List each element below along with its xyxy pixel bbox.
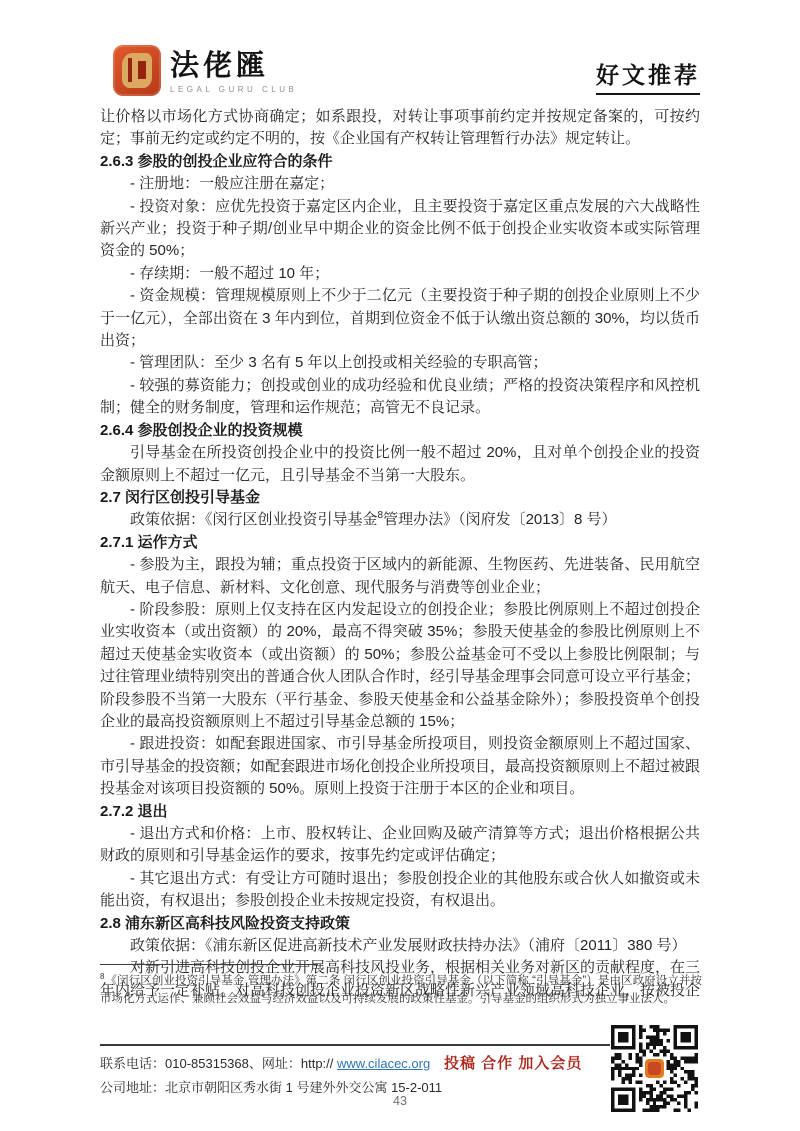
- paragraph: - 注册地：一般应注册在嘉定；: [100, 173, 700, 195]
- paragraph: 引导基金在所投资创投企业中的投资比例一般不超过 20%，且对单个创投企业的投资金…: [100, 442, 700, 487]
- section-heading: 2.6.4 参股创投企业的投资规模: [100, 420, 700, 442]
- document-page: 法佬匯 LEGAL GURU CLUB 好文推荐 让价格以市场化方式协商确定；如…: [0, 0, 800, 1131]
- brand-name-chinese: 法佬匯: [170, 49, 297, 82]
- brand-text-block: 法佬匯 LEGAL GURU CLUB: [170, 45, 297, 94]
- page-header: 法佬匯 LEGAL GURU CLUB 好文推荐: [100, 45, 700, 101]
- paragraph: - 资金规模：管理规模原则上不少于二亿元（主要投资于种子期的创投企业原则上不少于…: [100, 285, 700, 352]
- section-heading: 2.8 浦东新区高科技风险投资支持政策: [100, 913, 700, 935]
- paragraph: - 管理团队：至少 3 名有 5 年以上创投或相关经验的专职高管；: [100, 352, 700, 374]
- section-tag: 好文推荐: [596, 57, 700, 95]
- paragraph: 政策依据：《浦东新区促进高新技术产业发展财政扶持办法》（浦府〔2011〕380 …: [100, 935, 700, 957]
- footer-contact: 联系电话：010-85315368、网址：http:// www.cilacec…: [100, 1052, 460, 1100]
- paragraph: - 跟进投资：如配套跟进国家、市引导基金所投项目，则投资金额原则上不超过国家、市…: [100, 733, 700, 800]
- section-heading: 2.7.1 运作方式: [100, 532, 700, 554]
- paragraph: 让价格以市场化方式协商确定；如系跟投，对转让事项事前约定并按规定备案的，可按约定…: [100, 106, 700, 151]
- footnote-marker: 8: [100, 972, 104, 981]
- brand-logo: 法佬匯 LEGAL GURU CLUB: [113, 45, 297, 96]
- footnote: 8《闵行区创业投资引导基金 管理办法》第二条 闵行区创业投资引导基金（以下简称 …: [100, 972, 702, 1008]
- paragraph: - 较强的募资能力；创投或创业的成功经验和优良业绩；严格的投资决策程序和风控机制…: [100, 375, 700, 420]
- paragraph: - 其它退出方式：有受让方可随时退出；参股创投企业的其他股东或合伙人如撤资或未能…: [100, 868, 700, 913]
- paragraph: 政策依据：《闵行区创业投资引导基金8管理办法》（闵府发〔2013〕8 号）: [100, 509, 700, 531]
- section-heading: 2.6.3 参股的创投企业应符合的条件: [100, 151, 700, 173]
- page-number: 43: [0, 1094, 800, 1108]
- seal-stamp-icon: [113, 45, 161, 96]
- contact-phone-line: 联系电话：010-85315368、网址：http:// www.cilacec…: [100, 1052, 460, 1076]
- paragraph: - 投资对象：应优先投资于嘉定区内企业，且主要投资于嘉定区重点发展的六大战略性新…: [100, 196, 700, 263]
- contact-prefix: 联系电话：010-85315368、网址：http://: [100, 1056, 337, 1071]
- brand-name-english: LEGAL GURU CLUB: [170, 85, 297, 94]
- paragraph: - 阶段参股：原则上仅支持在区内发起设立的创投企业；参股比例原则上不超过创投企业…: [100, 599, 700, 733]
- section-heading: 2.7 闵行区创投引导基金: [100, 487, 700, 509]
- document-body: 让价格以市场化方式协商确定；如系跟投，对转让事项事前约定并按规定备案的，可按约定…: [100, 106, 700, 1002]
- section-heading: 2.7.2 退出: [100, 801, 700, 823]
- footnote-text: 《闵行区创业投资引导基金 管理办法》第二条 闵行区创业投资引导基金（以下简称 “…: [100, 975, 702, 1005]
- footnote-separator: [100, 964, 318, 965]
- paragraph: - 参股为主，跟投为辅；重点投资于区域内的新能源、生物医药、先进装备、民用航空航…: [100, 554, 700, 599]
- footer-cta: 投稿 合作 加入会员: [444, 1052, 582, 1073]
- paragraph: - 退出方式和价格：上市、股权转让、企业回购及破产清算等方式；退出价格根据公共财…: [100, 823, 700, 868]
- seal-character: [122, 53, 152, 88]
- paragraph: - 存续期：一般不超过 10 年；: [100, 263, 700, 285]
- website-link[interactable]: www.cilacec.org: [337, 1056, 430, 1071]
- footer-rule: [100, 1044, 610, 1046]
